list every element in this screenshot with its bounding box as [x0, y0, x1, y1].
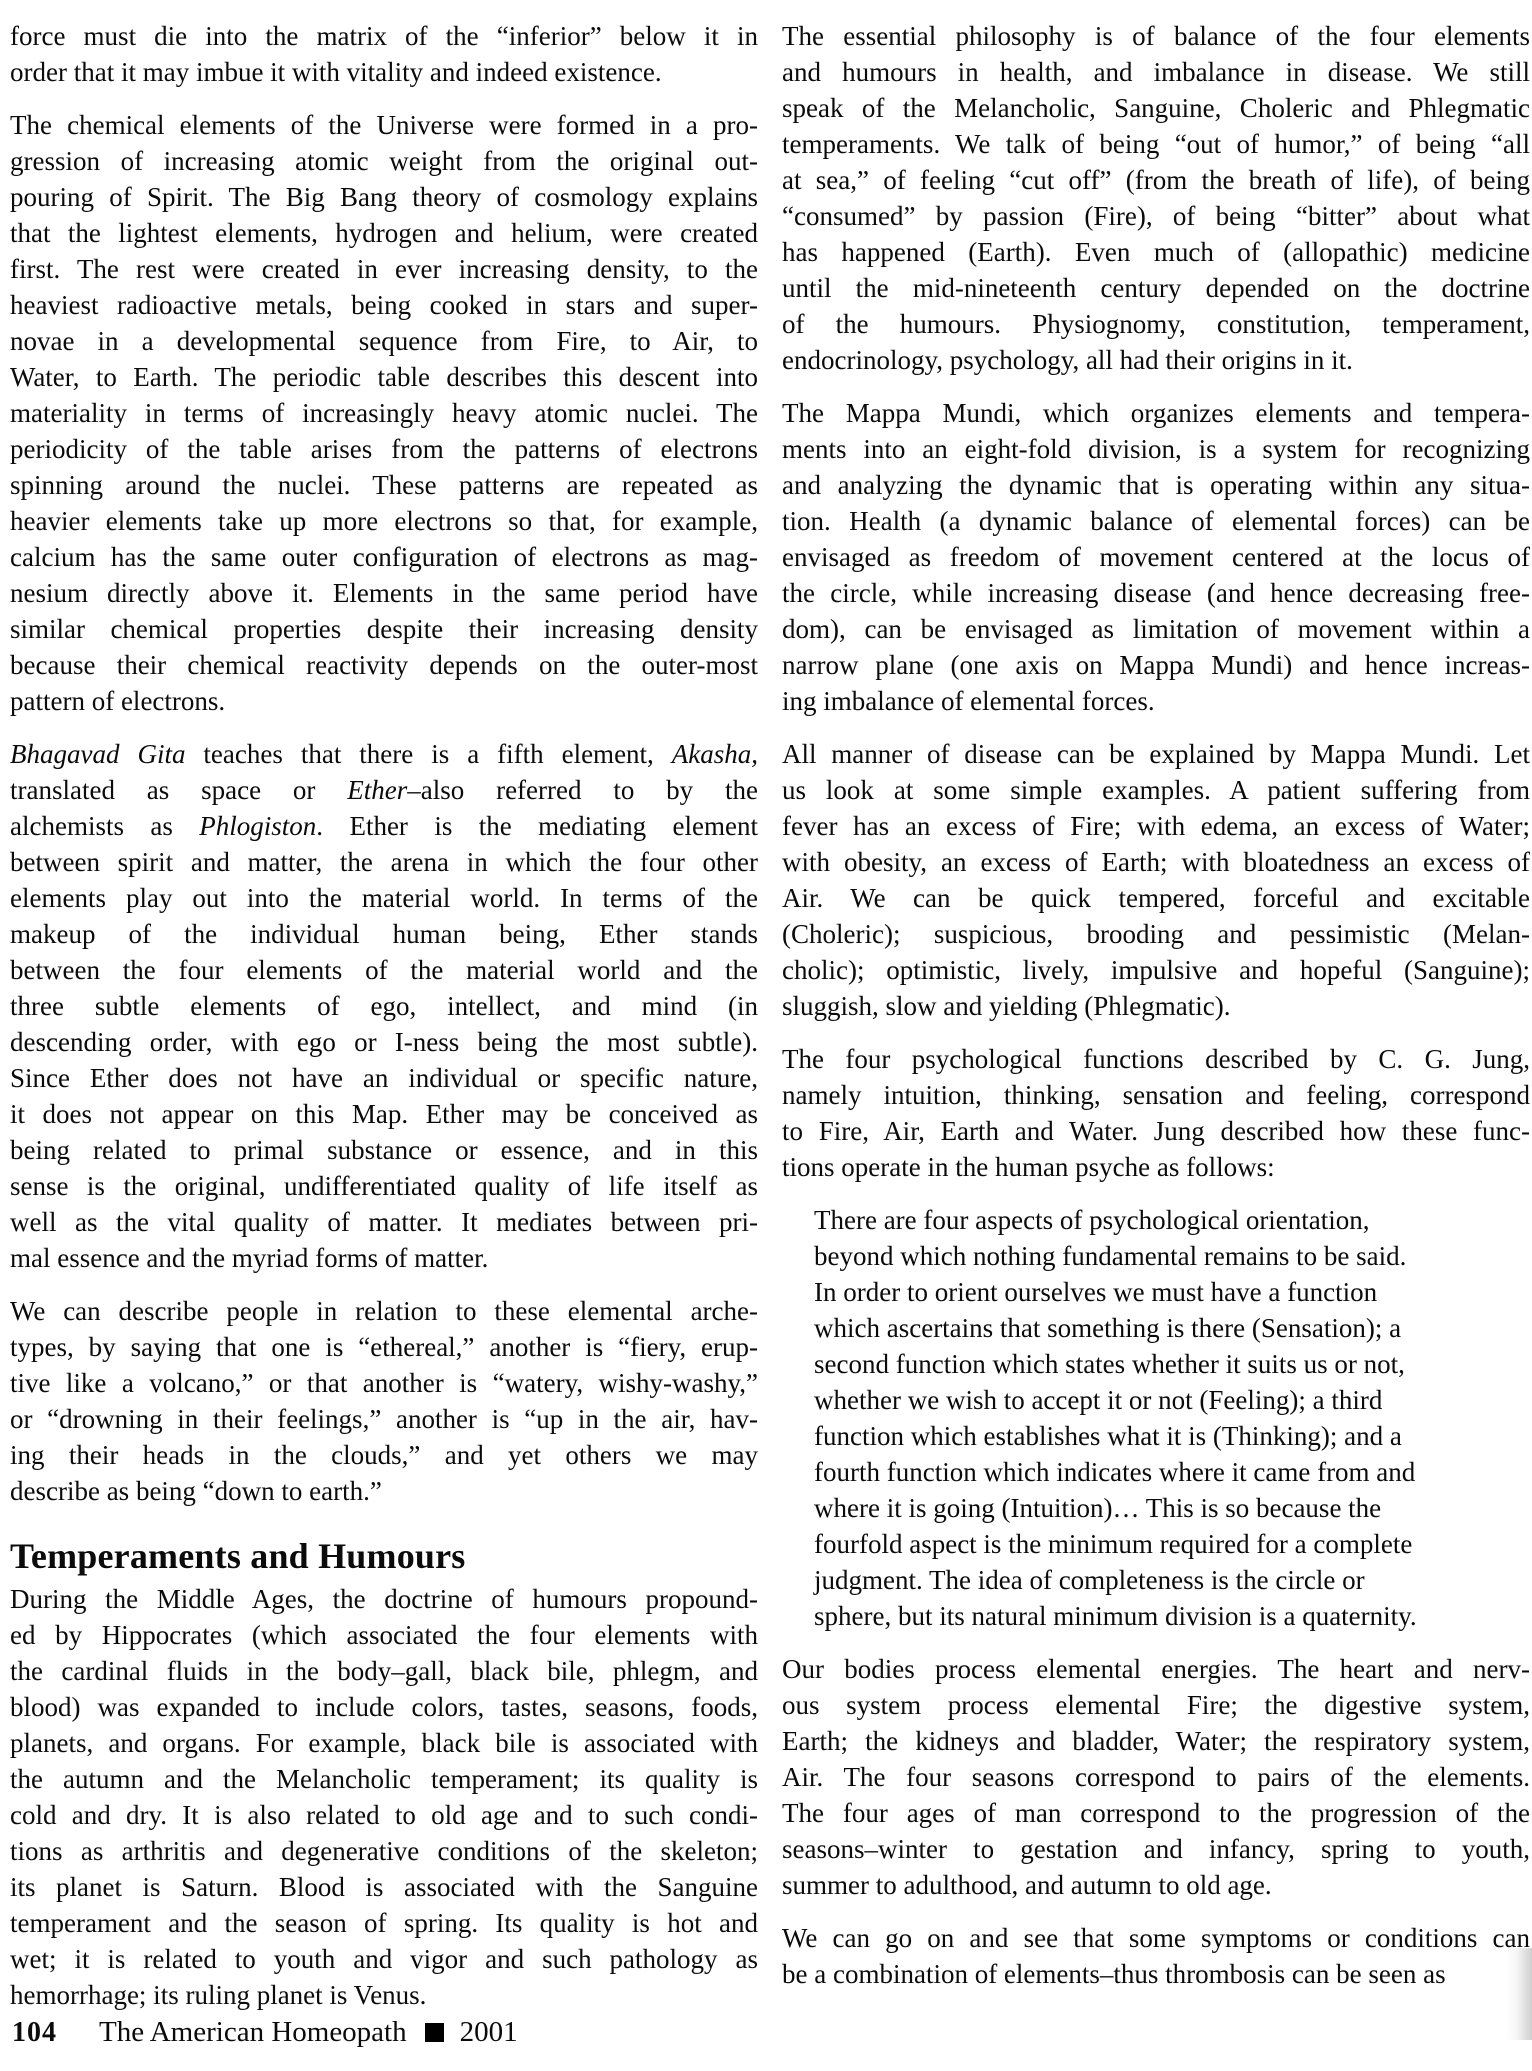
text-line: heaviest radioactive metals, being cooke… [10, 287, 758, 323]
text-line: pattern of electrons. [10, 683, 758, 719]
text-line: sense is the original, undifferentiated … [10, 1168, 758, 1204]
text-line: at sea,” of feeling “cut off” (from the … [782, 162, 1530, 198]
two-column-layout: force must die into the matrix of the “i… [10, 18, 1532, 2030]
text-line: tions as arthritis and degenerative cond… [10, 1833, 758, 1869]
text-line: We can go on and see that some symptoms … [782, 1920, 1530, 1956]
text-line: The Mappa Mundi, which organizes element… [782, 395, 1530, 431]
text-line: first. The rest were created in ever inc… [10, 251, 758, 287]
page-number: 104 [12, 2017, 57, 2049]
text-line: namely intuition, thinking, sensation an… [782, 1077, 1530, 1113]
text-line: that the lightest elements, hydrogen and… [10, 215, 758, 251]
right-column: The essential philosophy is of balance o… [782, 18, 1530, 2030]
text-line: wet; it is related to youth and vigor an… [10, 1941, 758, 1977]
text-line: has happened (Earth). Even much of (allo… [782, 234, 1530, 270]
paragraph: Our bodies process elemental energies. T… [782, 1651, 1530, 1903]
text-line: materiality in terms of increasingly hea… [10, 395, 758, 431]
block-quote: There are four aspects of psychological … [814, 1202, 1524, 1634]
section-heading: Temperaments and Humours [10, 1533, 758, 1579]
text-line: sluggish, slow and yielding (Phlegmatic)… [782, 988, 1530, 1024]
text-line: There are four aspects of psychological … [814, 1202, 1524, 1238]
text-line: describe as being “down to earth.” [10, 1473, 758, 1509]
text-line: until the mid-nineteenth century depende… [782, 270, 1530, 306]
text-line: calcium has the same outer configuration… [10, 539, 758, 575]
paragraph: force must die into the matrix of the “i… [10, 18, 758, 90]
text-line: (Choleric); suspicious, brooding and pes… [782, 916, 1530, 952]
text-line: us look at some simple examples. A patie… [782, 772, 1530, 808]
text-line: gression of increasing atomic weight fro… [10, 143, 758, 179]
text-line: ous system process elemental Fire; the d… [782, 1687, 1530, 1723]
text-line: ments into an eight-fold division, is a … [782, 431, 1530, 467]
text-line: periodicity of the table arises from the… [10, 431, 758, 467]
text-line: envisaged as freedom of movement centere… [782, 539, 1530, 575]
text-line: The essential philosophy is of balance o… [782, 18, 1530, 54]
text-line: Air. We can be quick tempered, forceful … [782, 880, 1530, 916]
text-line: its planet is Saturn. Blood is associate… [10, 1869, 758, 1905]
text-line: the circle, while increasing disease (an… [782, 575, 1530, 611]
text-line: The chemical elements of the Universe we… [10, 107, 758, 143]
text-line: ing imbalance of elemental forces. [782, 683, 1530, 719]
text-line: pouring of Spirit. The Big Bang theory o… [10, 179, 758, 215]
text-line: seasons–winter to gestation and infancy,… [782, 1831, 1530, 1867]
text-line: mal essence and the myriad forms of matt… [10, 1240, 758, 1276]
text-line: All manner of disease can be explained b… [782, 736, 1530, 772]
paragraph: The essential philosophy is of balance o… [782, 18, 1530, 378]
text-line: novae in a developmental sequence from F… [10, 323, 758, 359]
text-line: it does not appear on this Map. Ether ma… [10, 1096, 758, 1132]
text-line: second function which states whether it … [814, 1346, 1524, 1382]
text-line: with obesity, an excess of Earth; with b… [782, 844, 1530, 880]
text-line: blood) was expanded to include colors, t… [10, 1689, 758, 1725]
text-line: force must die into the matrix of the “i… [10, 18, 758, 54]
paragraph: The Mappa Mundi, which organizes element… [782, 395, 1530, 719]
text-line: because their chemical reactivity depend… [10, 647, 758, 683]
text-line: whether we wish to accept it or not (Fee… [814, 1382, 1524, 1418]
text-line: hemorrhage; its ruling planet is Venus. [10, 1977, 758, 2013]
text-line: Bhagavad Gita teaches that there is a fi… [10, 736, 758, 772]
text-line: temperaments. We talk of being “out of h… [782, 126, 1530, 162]
text-line: tive like a volcano,” or that another is… [10, 1365, 758, 1401]
text-line: The four psychological functions describ… [782, 1041, 1530, 1077]
text-line: the cardinal fluids in the body–gall, bl… [10, 1653, 758, 1689]
text-line: Our bodies process elemental energies. T… [782, 1651, 1530, 1687]
text-line: between spirit and matter, the arena in … [10, 844, 758, 880]
text-line: cold and dry. It is also related to old … [10, 1797, 758, 1833]
text-line: Earth; the kidneys and bladder, Water; t… [782, 1723, 1530, 1759]
text-line: and analyzing the dynamic that is operat… [782, 467, 1530, 503]
scan-artifact [1506, 1948, 1532, 2040]
text-line: where it is going (Intuition)… This is s… [814, 1490, 1524, 1526]
text-line: beyond which nothing fundamental remains… [814, 1238, 1524, 1274]
text-line: three subtle elements of ego, intellect,… [10, 988, 758, 1024]
square-separator-icon [425, 2023, 444, 2042]
paragraph: We can go on and see that some symptoms … [782, 1920, 1530, 1992]
paragraph: Bhagavad Gita teaches that there is a fi… [10, 736, 758, 1276]
text-line: order that it may imbue it with vitality… [10, 54, 758, 90]
text-line: We can describe people in relation to th… [10, 1293, 758, 1329]
document-page: force must die into the matrix of the “i… [0, 0, 1532, 2071]
text-line: between the four elements of the materia… [10, 952, 758, 988]
text-line: fever has an excess of Fire; with edema,… [782, 808, 1530, 844]
paragraph: We can describe people in relation to th… [10, 1293, 758, 1509]
text-line: of the humours. Physiognomy, constitutio… [782, 306, 1530, 342]
text-line: temperament and the season of spring. It… [10, 1905, 758, 1941]
text-line: the autumn and the Melancholic temperame… [10, 1761, 758, 1797]
text-line: being related to primal substance or ess… [10, 1132, 758, 1168]
paragraph: The four psychological functions describ… [782, 1041, 1530, 1185]
text-line: descending order, with ego or I-ness bei… [10, 1024, 758, 1060]
journal-title: The American Homeopath [99, 2016, 407, 2049]
text-line: be a combination of elements–thus thromb… [782, 1956, 1530, 1992]
text-line: ing their heads in the clouds,” and yet … [10, 1437, 758, 1473]
left-column: force must die into the matrix of the “i… [10, 18, 758, 2030]
text-line: summer to adulthood, and autumn to old a… [782, 1867, 1530, 1903]
text-line: alchemists as Phlogiston. Ether is the m… [10, 808, 758, 844]
text-line: elements play out into the material worl… [10, 880, 758, 916]
text-line: nesium directly above it. Elements in th… [10, 575, 758, 611]
text-line: heavier elements take up more electrons … [10, 503, 758, 539]
text-line: In order to orient ourselves we must hav… [814, 1274, 1524, 1310]
paragraph: All manner of disease can be explained b… [782, 736, 1530, 1024]
text-line: well as the vital quality of matter. It … [10, 1204, 758, 1240]
text-line: similar chemical properties despite thei… [10, 611, 758, 647]
text-line: function which establishes what it is (T… [814, 1418, 1524, 1454]
text-line: The four ages of man correspond to the p… [782, 1795, 1530, 1831]
text-line: dom), can be envisaged as limitation of … [782, 611, 1530, 647]
text-line: Water, to Earth. The periodic table desc… [10, 359, 758, 395]
text-line: During the Middle Ages, the doctrine of … [10, 1581, 758, 1617]
text-line: speak of the Melancholic, Sanguine, Chol… [782, 90, 1530, 126]
text-line: narrow plane (one axis on Mappa Mundi) a… [782, 647, 1530, 683]
text-line: planets, and organs. For example, black … [10, 1725, 758, 1761]
text-line: types, by saying that one is “ethereal,”… [10, 1329, 758, 1365]
text-line: makeup of the individual human being, Et… [10, 916, 758, 952]
text-line: spinning around the nuclei. These patter… [10, 467, 758, 503]
text-line: Air. The four seasons correspond to pair… [782, 1759, 1530, 1795]
text-line: or “drowning in their feelings,” another… [10, 1401, 758, 1437]
text-line: tion. Health (a dynamic balance of eleme… [782, 503, 1530, 539]
text-line: to Fire, Air, Earth and Water. Jung desc… [782, 1113, 1530, 1149]
text-line: cholic); optimistic, lively, impulsive a… [782, 952, 1530, 988]
footer-year: 2001 [460, 2016, 518, 2049]
text-line: fourth function which indicates where it… [814, 1454, 1524, 1490]
text-line: ed by Hippocrates (which associated the … [10, 1617, 758, 1653]
text-line: sphere, but its natural minimum division… [814, 1598, 1524, 1634]
paragraph: During the Middle Ages, the doctrine of … [10, 1581, 758, 2013]
text-line: “consumed” by passion (Fire), of being “… [782, 198, 1530, 234]
text-line: endocrinology, psychology, all had their… [782, 342, 1530, 378]
paragraph: The chemical elements of the Universe we… [10, 107, 758, 719]
text-line: fourfold aspect is the minimum required … [814, 1526, 1524, 1562]
text-line: Since Ether does not have an individual … [10, 1060, 758, 1096]
text-line: judgment. The idea of completeness is th… [814, 1562, 1524, 1598]
text-line: tions operate in the human psyche as fol… [782, 1149, 1530, 1185]
page-footer: 104 The American Homeopath 2001 [12, 2016, 518, 2049]
text-line: which ascertains that something is there… [814, 1310, 1524, 1346]
text-line: and humours in health, and imbalance in … [782, 54, 1530, 90]
text-line: translated as space or Ether–also referr… [10, 772, 758, 808]
